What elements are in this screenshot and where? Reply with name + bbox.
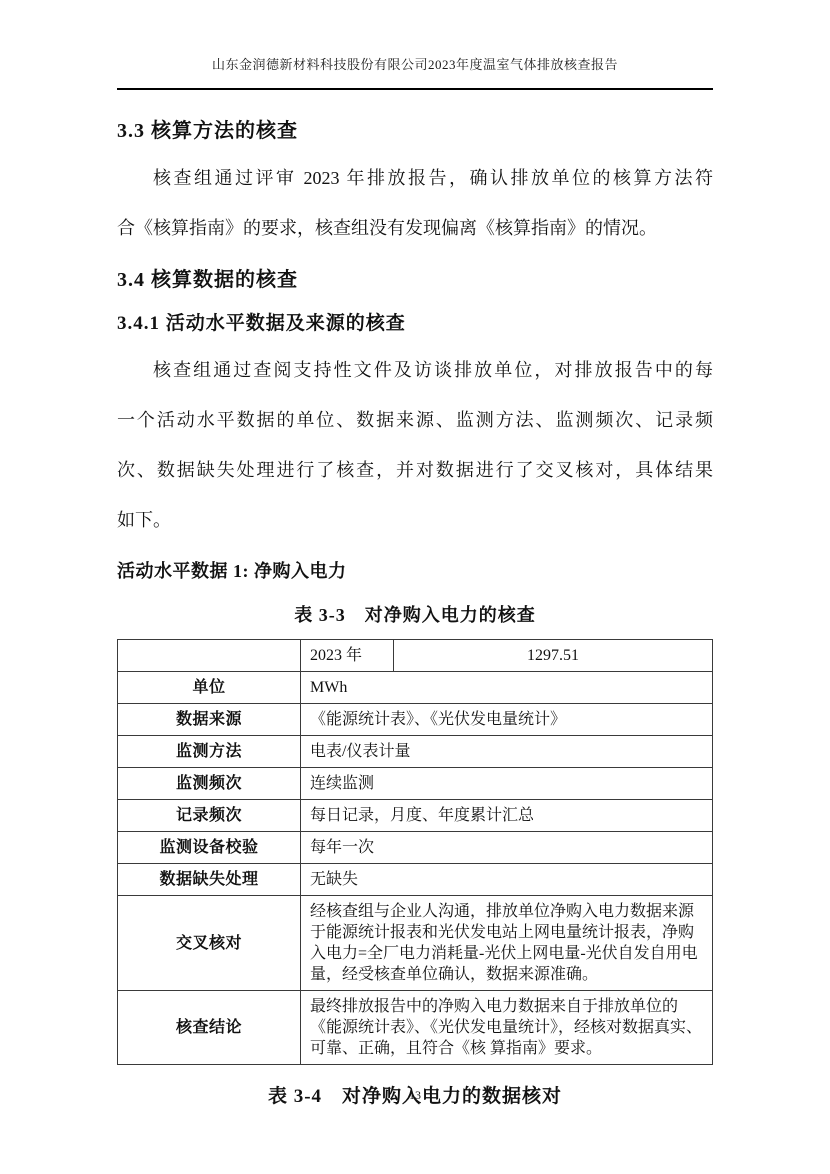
document-page: 山东金润德新材料科技股份有限公司2023年度温室气体排放核查报告 3.3 核算方… [0, 0, 830, 1174]
page-content: 3.3 核算方法的核查 核查组通过评审 2023 年排放报告，确认排放单位的核算… [117, 114, 713, 1108]
row-value: 每日记录，月度、年度累计汇总 [301, 800, 713, 832]
paragraph-3-3: 核查组通过评审 2023 年排放报告，确认排放单位的核算方法符 合《核算指南》的… [117, 153, 713, 253]
row-label: 数据来源 [118, 704, 301, 736]
row-label: 监测方法 [118, 736, 301, 768]
table-row-year: 2023 年 1297.51 [118, 640, 713, 672]
row-value: 最终排放报告中的净购入电力数据来自于排放单位的《能源统计表》、《光伏发电量统计》… [301, 991, 713, 1065]
paragraph-line: 核查组通过查阅支持性文件及访谈排放单位，对排放报告中的每 [117, 345, 713, 395]
heading-3-3: 3.3 核算方法的核查 [117, 114, 713, 143]
row-value: 经核查组与企业人沟通，排放单位净购入电力数据来源于能源统计报表和光伏发电站上网电… [301, 896, 713, 991]
table-row-data-source: 数据来源 《能源统计表》、《光伏发电量统计》 [118, 704, 713, 736]
row-label: 监测设备校验 [118, 832, 301, 864]
header-title: 山东金润德新材料科技股份有限公司2023年度温室气体排放核查报告 [212, 57, 618, 72]
paragraph-line: 核查组通过评审 2023 年排放报告，确认排放单位的核算方法符 [117, 153, 713, 203]
paragraph-line: 如下。 [117, 495, 713, 545]
paragraph-line: 合《核算指南》的要求，核查组没有发现偏离《核算指南》的情况。 [117, 203, 713, 253]
table-row-unit: 单位 MWh [118, 672, 713, 704]
row-label: 数据缺失处理 [118, 864, 301, 896]
year-value-cell: 1297.51 [394, 640, 713, 672]
row-value: 每年一次 [301, 832, 713, 864]
row-label: 记录频次 [118, 800, 301, 832]
page-header: 山东金润德新材料科技股份有限公司2023年度温室气体排放核查报告 [0, 0, 830, 73]
table-row-conclusion: 核查结论 最终排放报告中的净购入电力数据来自于排放单位的《能源统计表》、《光伏发… [118, 991, 713, 1065]
heading-3-4: 3.4 核算数据的核查 [117, 263, 713, 292]
row-label: 交叉核对 [118, 896, 301, 991]
table-3-3-caption: 表 3-3 对净购入电力的核查 [117, 601, 713, 627]
heading-3-4-1: 3.4.1 活动水平数据及来源的核查 [117, 308, 713, 335]
paragraph-3-4-1: 核查组通过查阅支持性文件及访谈排放单位，对排放报告中的每 一个活动水平数据的单位… [117, 345, 713, 545]
activity-data-label: 活动水平数据 1: 净购入电力 [117, 557, 713, 583]
page-number: 13 [0, 1088, 830, 1103]
row-value: 连续监测 [301, 768, 713, 800]
paragraph-line: 一个活动水平数据的单位、数据来源、监测方法、监测频次、记录频 [117, 395, 713, 445]
table-row-monitor-method: 监测方法 电表/仪表计量 [118, 736, 713, 768]
row-value: MWh [301, 672, 713, 704]
header-divider [117, 88, 713, 90]
table-row-device-calibration: 监测设备校验 每年一次 [118, 832, 713, 864]
row-label: 单位 [118, 672, 301, 704]
year-cell: 2023 年 [301, 640, 394, 672]
row-label: 核查结论 [118, 991, 301, 1065]
table-row-monitor-frequency: 监测频次 连续监测 [118, 768, 713, 800]
table-3-3: 2023 年 1297.51 单位 MWh 数据来源 《能源统计表》、《光伏发电… [117, 639, 713, 1065]
table-row-cross-check: 交叉核对 经核查组与企业人沟通，排放单位净购入电力数据来源于能源统计报表和光伏发… [118, 896, 713, 991]
table-row-record-frequency: 记录频次 每日记录，月度、年度累计汇总 [118, 800, 713, 832]
row-label-empty [118, 640, 301, 672]
row-value: 无缺失 [301, 864, 713, 896]
table-row-missing-data: 数据缺失处理 无缺失 [118, 864, 713, 896]
row-value: 电表/仪表计量 [301, 736, 713, 768]
row-value: 《能源统计表》、《光伏发电量统计》 [301, 704, 713, 736]
row-label: 监测频次 [118, 768, 301, 800]
paragraph-line: 次、数据缺失处理进行了核查，并对数据进行了交叉核对，具体结果 [117, 445, 713, 495]
